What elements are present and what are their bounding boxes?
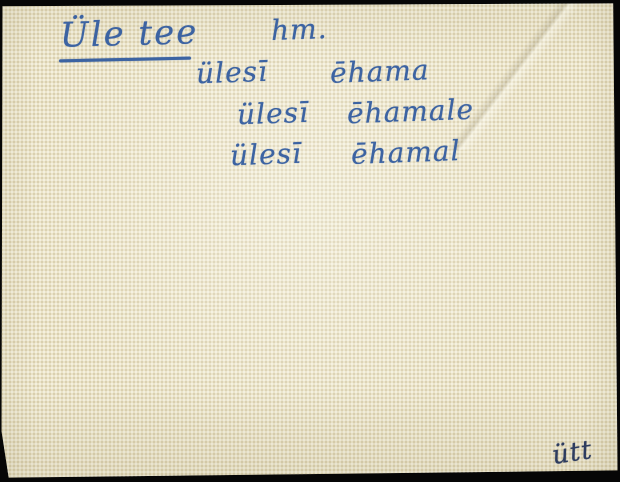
heading-underline xyxy=(59,57,191,63)
collector-initials-mark: ütt xyxy=(550,435,595,471)
dialect-form-row-lead: ülesī xyxy=(236,96,309,131)
card-heading-name: Üle tee xyxy=(60,12,199,56)
dialect-form-row-word: ēhamale xyxy=(346,93,474,130)
paper-crease-topright xyxy=(410,0,620,150)
dialect-form-row-word: ēhama xyxy=(329,53,430,89)
dialect-form-row-word: ēhamal xyxy=(350,134,461,171)
paper-card: Üle tee hm. ülesī ēhama ülesī ēhamale ül… xyxy=(0,0,620,482)
scanned-card-image: Üle tee hm. ülesī ēhama ülesī ēhamale ül… xyxy=(0,0,620,482)
paper-shading xyxy=(0,0,620,482)
dialect-form-row-lead: ülesī xyxy=(195,55,268,90)
card-heading-qualifier: hm. xyxy=(270,12,328,47)
dialect-form-row-lead: ülesī xyxy=(229,137,302,172)
